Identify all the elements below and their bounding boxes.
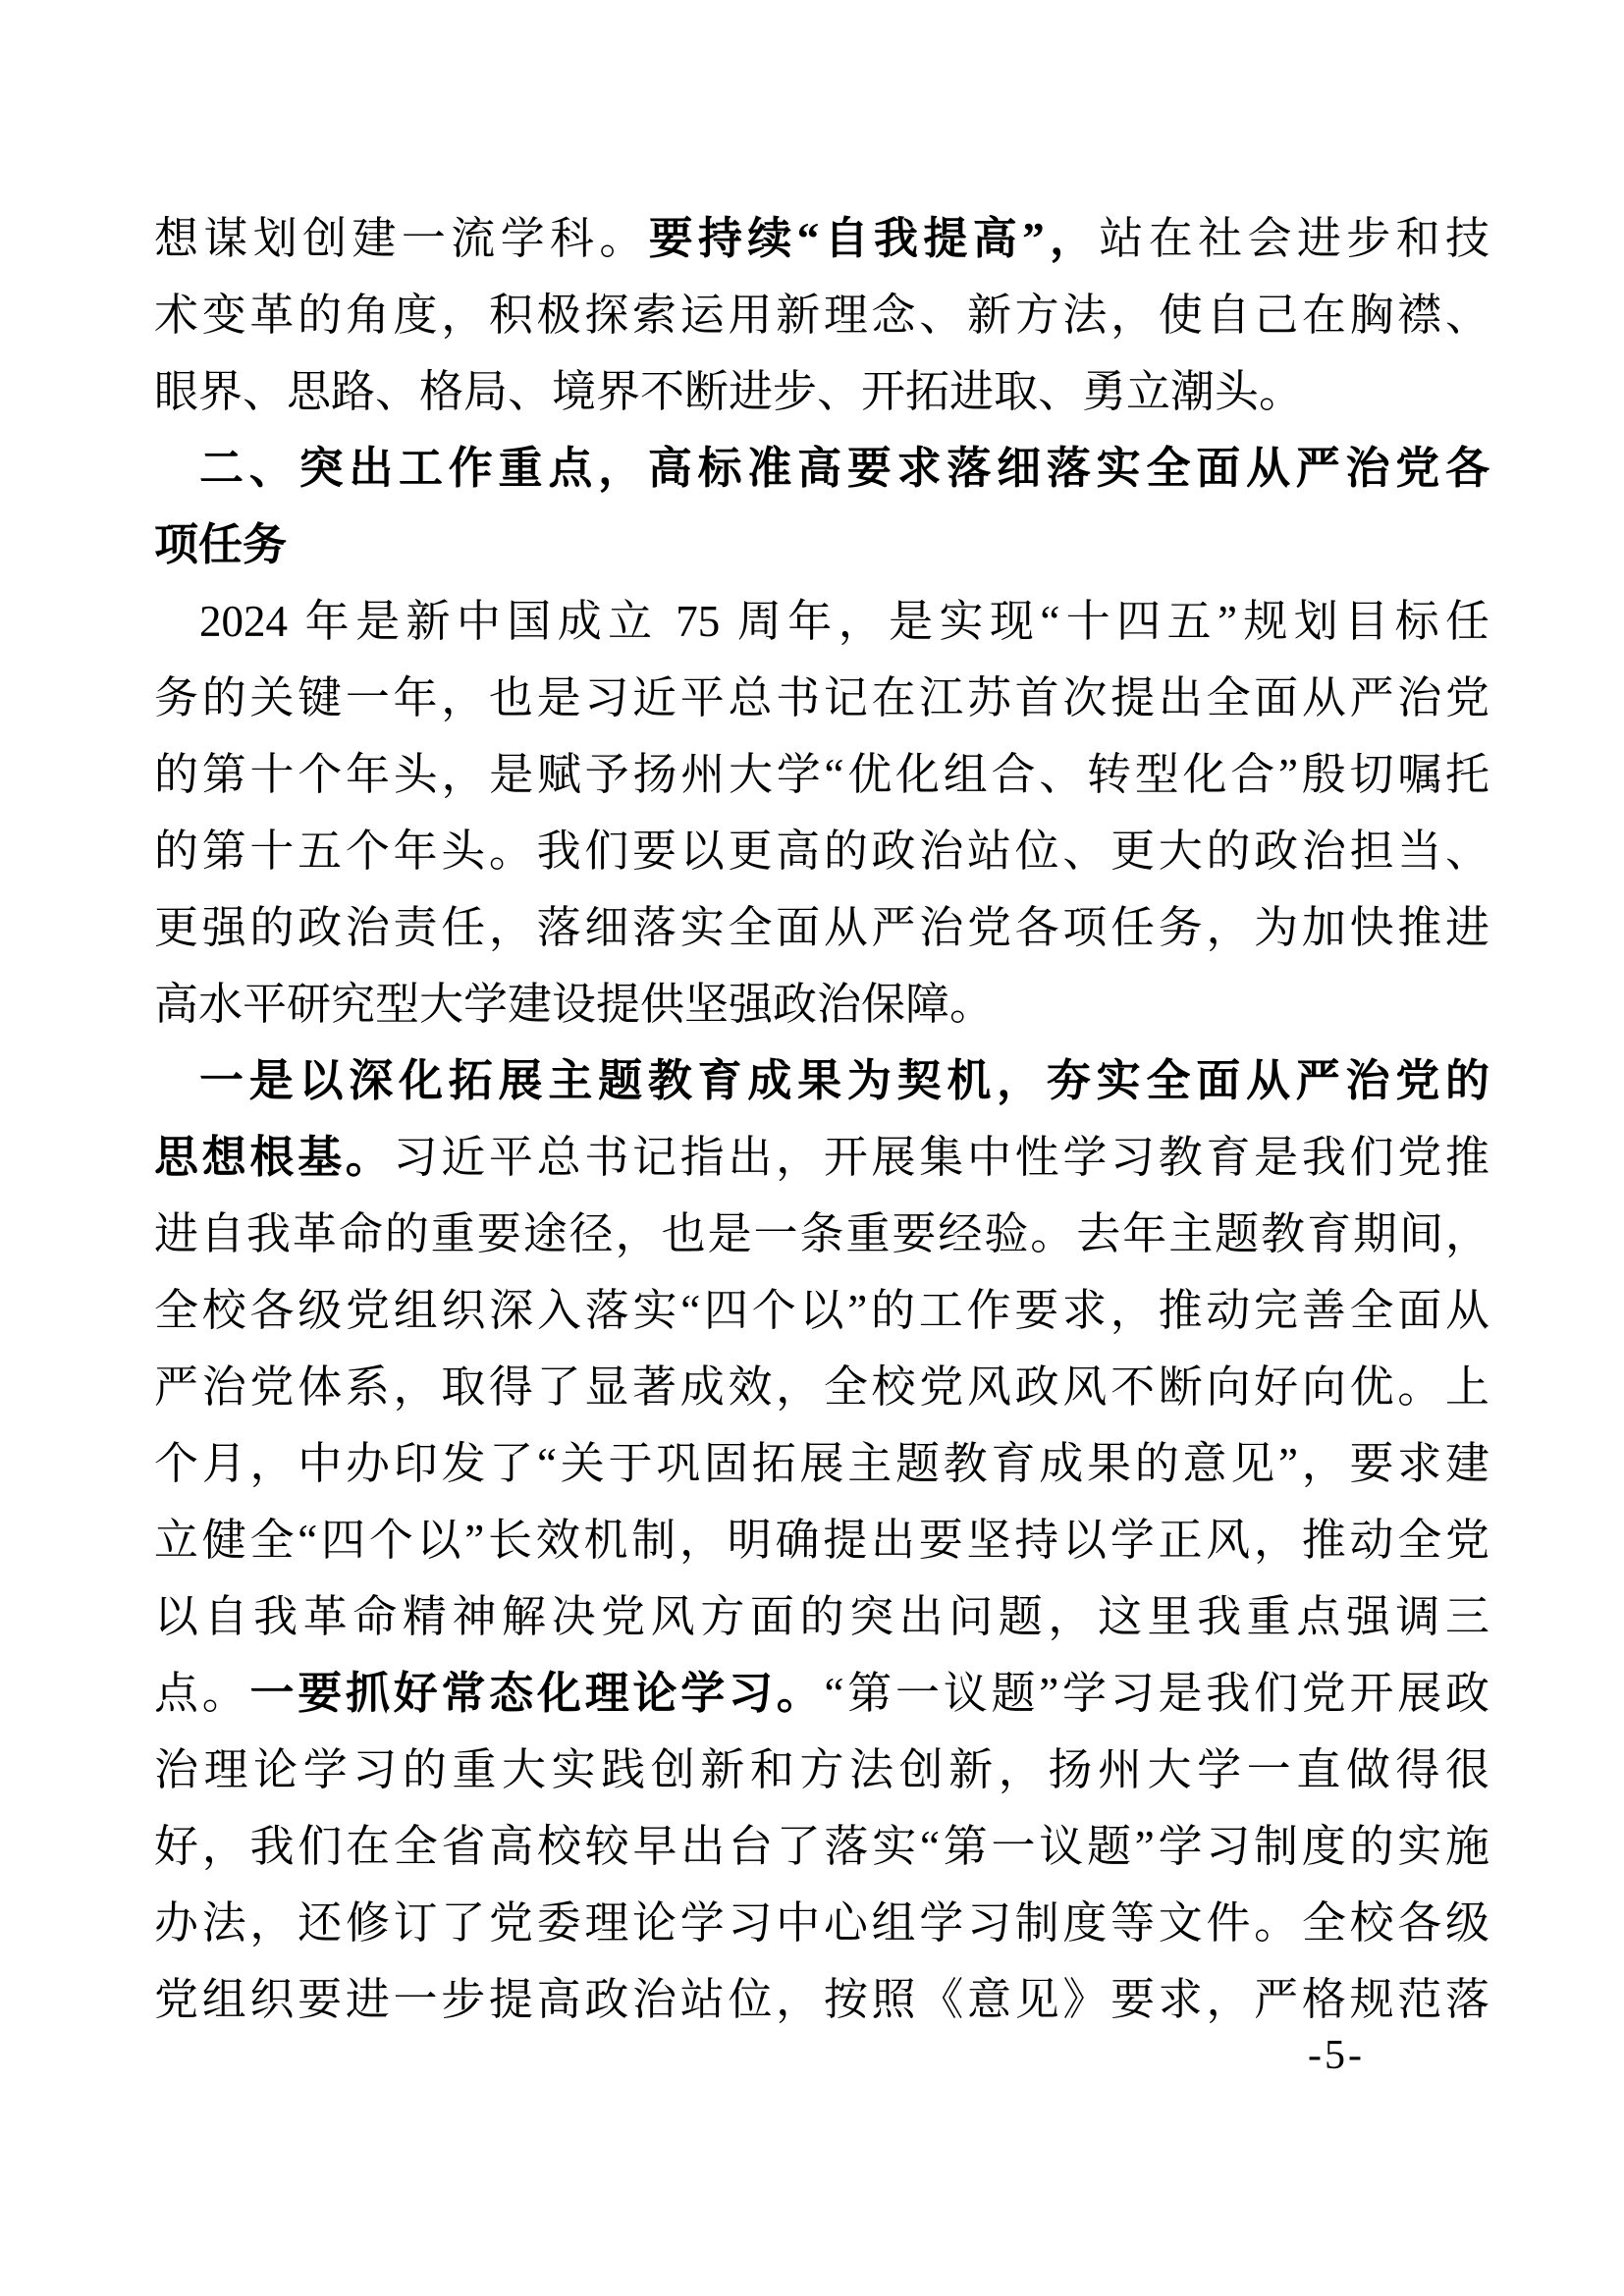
text-run: 术变革的角度，积极探索运用新理念、新方法，使自己在胸襟、 <box>154 291 1489 340</box>
text-line: 点。一要抓好常态化理论学习。“第一议题”学习是我们党开展政 <box>154 1655 1489 1732</box>
text-run: “第一议题”学习是我们党开展政 <box>825 1669 1489 1718</box>
text-line: 个月，中办印发了“关于巩固拓展主题教育成果的意见”，要求建 <box>154 1425 1489 1502</box>
text-line: 好，我们在全省高校较早出台了落实“第一议题”学习制度的实施 <box>154 1808 1489 1885</box>
text-line: 二、突出工作重点，高标准高要求落细落实全面从严治党各 <box>154 430 1489 507</box>
text-run: 务的关键一年，也是习近平总书记在江苏首次提出全面从严治党 <box>154 673 1489 722</box>
emphasized-text-run: 一要抓好常态化理论学习。 <box>250 1669 825 1718</box>
text-line: 办法，还修订了党委理论学习中心组学习制度等文件。全校各级 <box>154 1885 1489 1961</box>
text-line: 以自我革命精神解决党风方面的突出问题，这里我重点强调三 <box>154 1578 1489 1655</box>
text-run: 想谋划创建一流学科。 <box>154 214 649 263</box>
text-line: 术变革的角度，积极探索运用新理念、新方法，使自己在胸襟、 <box>154 277 1489 353</box>
text-run: 的第十个年头，是赋予扬州大学“优化组合、转型化合”殷切嘱托 <box>154 750 1489 799</box>
text-run: 点。 <box>154 1669 250 1718</box>
text-line: 严治党体系，取得了显著成效，全校党风政风不断向好向优。上 <box>154 1349 1489 1425</box>
text-run: 眼界、思路、格局、境界不断进步、开拓进取、勇立潮头。 <box>154 367 1303 416</box>
document-page: 想谋划创建一流学科。要持续“自我提高”，站在社会进步和技术变革的角度，积极探索运… <box>0 0 1624 2296</box>
text-run: 个月，中办印发了“关于巩固拓展主题教育成果的意见”，要求建 <box>154 1439 1489 1488</box>
page-number: -5- <box>1308 2032 1365 2079</box>
text-run: 习近平总书记指出，开展集中性学习教育是我们党推 <box>394 1133 1489 1182</box>
text-line: 2024 年是新中国成立 75 周年，是实现“十四五”规划目标任 <box>154 583 1489 660</box>
text-run: 高水平研究型大学建设提供坚强政治保障。 <box>154 980 994 1029</box>
document-body: 想谋划创建一流学科。要持续“自我提高”，站在社会进步和技术变革的角度，积极探索运… <box>154 200 1489 2038</box>
text-run: 治理论学习的重大实践创新和方法创新，扬州大学一直做得很 <box>154 1745 1489 1794</box>
text-run: 好，我们在全省高校较早出台了落实“第一议题”学习制度的实施 <box>154 1822 1489 1871</box>
text-line: 更强的政治责任，落细落实全面从严治党各项任务，为加快推进 <box>154 889 1489 966</box>
text-line: 党组织要进一步提高政治站位，按照《意见》要求，严格规范落 <box>154 1961 1489 2038</box>
text-run: 2024 年是新中国成立 75 周年，是实现“十四五”规划目标任 <box>199 597 1489 646</box>
text-run: 以自我革命精神解决党风方面的突出问题，这里我重点强调三 <box>154 1592 1489 1641</box>
emphasized-text-run: 要持续“自我提高”， <box>649 214 1100 263</box>
text-run: 站在社会进步和技 <box>1099 214 1489 263</box>
text-line: 治理论学习的重大实践创新和方法创新，扬州大学一直做得很 <box>154 1732 1489 1808</box>
emphasized-text-run: 二、突出工作重点，高标准高要求落细落实全面从严治党各 <box>199 444 1489 493</box>
emphasized-text-run: 项任务 <box>154 520 287 569</box>
text-run: 全校各级党组织深入落实“四个以”的工作要求，推动完善全面从 <box>154 1286 1489 1335</box>
text-run: 进自我革命的重要途径，也是一条重要经验。去年主题教育期间， <box>154 1209 1489 1258</box>
text-run: 立健全“四个以”长效机制，明确提出要坚持以学正风，推动全党 <box>154 1516 1489 1565</box>
text-line: 思想根基。习近平总书记指出，开展集中性学习教育是我们党推 <box>154 1119 1489 1196</box>
text-line: 务的关键一年，也是习近平总书记在江苏首次提出全面从严治党 <box>154 660 1489 736</box>
text-line: 想谋划创建一流学科。要持续“自我提高”，站在社会进步和技 <box>154 200 1489 277</box>
text-run: 严治党体系，取得了显著成效，全校党风政风不断向好向优。上 <box>154 1362 1489 1412</box>
text-line: 立健全“四个以”长效机制，明确提出要坚持以学正风，推动全党 <box>154 1502 1489 1578</box>
text-line: 的第十五个年头。我们要以更高的政治站位、更大的政治担当、 <box>154 813 1489 889</box>
text-line: 一是以深化拓展主题教育成果为契机，夯实全面从严治党的 <box>154 1042 1489 1119</box>
emphasized-text-run: 思想根基。 <box>154 1133 394 1182</box>
text-line: 项任务 <box>154 507 1489 583</box>
text-line: 全校各级党组织深入落实“四个以”的工作要求，推动完善全面从 <box>154 1272 1489 1349</box>
text-line: 进自我革命的重要途径，也是一条重要经验。去年主题教育期间， <box>154 1196 1489 1272</box>
text-line: 高水平研究型大学建设提供坚强政治保障。 <box>154 966 1489 1042</box>
text-run: 更强的政治责任，落细落实全面从严治党各项任务，为加快推进 <box>154 903 1489 952</box>
text-run: 的第十五个年头。我们要以更高的政治站位、更大的政治担当、 <box>154 827 1489 876</box>
text-line: 的第十个年头，是赋予扬州大学“优化组合、转型化合”殷切嘱托 <box>154 736 1489 813</box>
text-line: 眼界、思路、格局、境界不断进步、开拓进取、勇立潮头。 <box>154 353 1489 430</box>
text-run: 办法，还修订了党委理论学习中心组学习制度等文件。全校各级 <box>154 1898 1489 1948</box>
emphasized-text-run: 一是以深化拓展主题教育成果为契机，夯实全面从严治党的 <box>199 1056 1489 1105</box>
text-run: 党组织要进一步提高政治站位，按照《意见》要求，严格规范落 <box>154 1975 1489 2024</box>
